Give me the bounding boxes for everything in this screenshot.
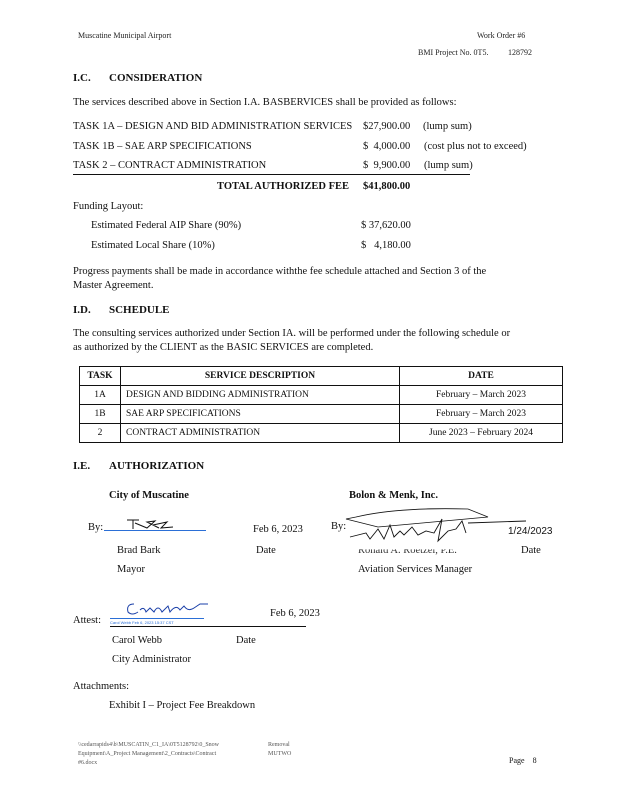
footer-path-line2: Equipment\A_Project Management\2_Contrac… (78, 750, 219, 759)
task-1a-label: TASK 1A – DESIGN AND BID ADMINISTRATION … (73, 121, 352, 132)
section-title-schedule: SCHEDULE (109, 304, 170, 316)
footer-middle: Removal MUTWO (268, 741, 291, 759)
attest-line (110, 626, 306, 627)
attest-signature-stamp: Carol Webb Feb 6, 2023 15:37 CST (110, 620, 174, 625)
total-fee-amount: $41,800.00 (363, 181, 410, 192)
task-1b-note: (cost plus not to exceed) (424, 141, 527, 152)
section-number-authorization: I.E. (73, 460, 90, 472)
cell-date: June 2023 – February 2024 (400, 424, 563, 443)
column-header-description: SERVICE DESCRIPTION (121, 367, 400, 386)
footer-path-line3: #6.docx (78, 759, 219, 768)
client-by-label: By: (88, 522, 103, 533)
consideration-intro: The services described above in Section … (73, 97, 457, 108)
cell-task: 2 (80, 424, 121, 443)
cell-date: February – March 2023 (400, 405, 563, 424)
attest-label: Attest: (73, 615, 101, 626)
footer-mid-line2: MUTWO (268, 750, 291, 759)
cell-date: February – March 2023 (400, 386, 563, 405)
attest-signature-icon (124, 600, 209, 618)
table-row: 1B SAE ARP SPECIFICATIONS February – Mar… (80, 405, 563, 424)
attest-signed-date: Feb 6, 2023 (270, 608, 320, 619)
schedule-table-header: TASK SERVICE DESCRIPTION DATE (80, 367, 563, 386)
footer-file-path: \\cedarrapids4\b\MUSCATIN_C1_IA\0T512879… (78, 741, 219, 768)
consultant-date-label: Date (521, 545, 541, 556)
task-1a-amount: $27,900.00 (363, 121, 410, 132)
funding-federal-label: Estimated Federal AIP Share (90%) (91, 220, 241, 231)
attachments-label: Attachments: (73, 681, 129, 692)
progress-payments-line1: Progress payments shall be made in accor… (73, 266, 486, 277)
tasks-underline (73, 174, 470, 175)
task-2-note: (lump sum) (424, 160, 473, 171)
section-number-schedule: I.D. (73, 304, 91, 316)
cell-description: SAE ARP SPECIFICATIONS (121, 405, 400, 424)
funding-label: Funding Layout: (73, 201, 143, 212)
client-signed-date: Feb 6, 2023 (253, 524, 303, 535)
client-org: City of Muscatine (109, 490, 189, 501)
funding-local-amount: $ 4,180.00 (361, 240, 411, 251)
schedule-table: TASK SERVICE DESCRIPTION DATE 1A DESIGN … (79, 366, 563, 443)
consultant-signed-date: 1/24/2023 (508, 526, 553, 537)
footer-page-label: Page (509, 756, 525, 765)
section-title-authorization: AUTHORIZATION (109, 460, 204, 472)
table-row: 1A DESIGN AND BIDDING ADMINISTRATION Feb… (80, 386, 563, 405)
client-signature-icon (125, 516, 175, 532)
progress-payments-line2: Master Agreement. (73, 280, 153, 291)
consultant-org: Bolon & Menk, Inc. (349, 490, 438, 501)
task-1b-label: TASK 1B – SAE ARP SPECIFICATIONS (73, 141, 252, 152)
client-signer-name: Brad Bark (117, 545, 160, 556)
client-date-label: Date (256, 545, 276, 556)
column-header-task: TASK (80, 367, 121, 386)
client-signer-role: Mayor (117, 564, 145, 575)
funding-local-label: Estimated Local Share (10%) (91, 240, 215, 251)
consultant-signer-name: Ronald A. Roetzel, P.E. (358, 545, 457, 556)
cell-task: 1B (80, 405, 121, 424)
attest-signature-line[interactable] (110, 618, 204, 619)
cell-description: DESIGN AND BIDDING ADMINISTRATION (121, 386, 400, 405)
table-row: 2 CONTRACT ADMINISTRATION June 2023 – Fe… (80, 424, 563, 443)
attest-date-label: Date (236, 635, 256, 646)
task-1a-note: (lump sum) (423, 121, 472, 132)
header-work-order: Work Order #6 (477, 31, 525, 40)
task-1b-amount: $ 4,000.00 (363, 141, 410, 152)
cell-task: 1A (80, 386, 121, 405)
attest-signer-role: City Administrator (112, 654, 191, 665)
header-airport: Muscatine Municipal Airport (78, 31, 171, 40)
header-project-number: 128792 (508, 48, 532, 57)
footer-page-number: 8 (533, 756, 537, 765)
attest-signer-name: Carol Webb (112, 635, 162, 646)
task-2-amount: $ 9,900.00 (363, 160, 410, 171)
cell-description: CONTRACT ADMINISTRATION (121, 424, 400, 443)
footer-mid-line1: Removal (268, 741, 291, 750)
header-project-label: BMI Project No. 0T5. (418, 48, 488, 57)
task-2-label: TASK 2 – CONTRACT ADMINISTRATION (73, 160, 266, 171)
schedule-intro-line1: The consulting services authorized under… (73, 328, 510, 339)
attachment-item[interactable]: Exhibit I – Project Fee Breakdown (109, 700, 255, 711)
total-fee-label: TOTAL AUTHORIZED FEE (217, 181, 349, 192)
column-header-date: DATE (400, 367, 563, 386)
consultant-signature-icon (338, 505, 528, 545)
consultant-signer-role: Aviation Services Manager (358, 564, 472, 575)
schedule-intro-line2: as authorized by the CLIENT as the BASIC… (73, 342, 373, 353)
section-number-consideration: I.C. (73, 72, 91, 84)
funding-federal-amount: $ 37,620.00 (361, 220, 411, 231)
footer-path-line1: \\cedarrapids4\b\MUSCATIN_C1_IA\0T512879… (78, 741, 219, 750)
footer-page: Page 8 (509, 756, 537, 765)
section-title-consideration: CONSIDERATION (109, 72, 202, 84)
